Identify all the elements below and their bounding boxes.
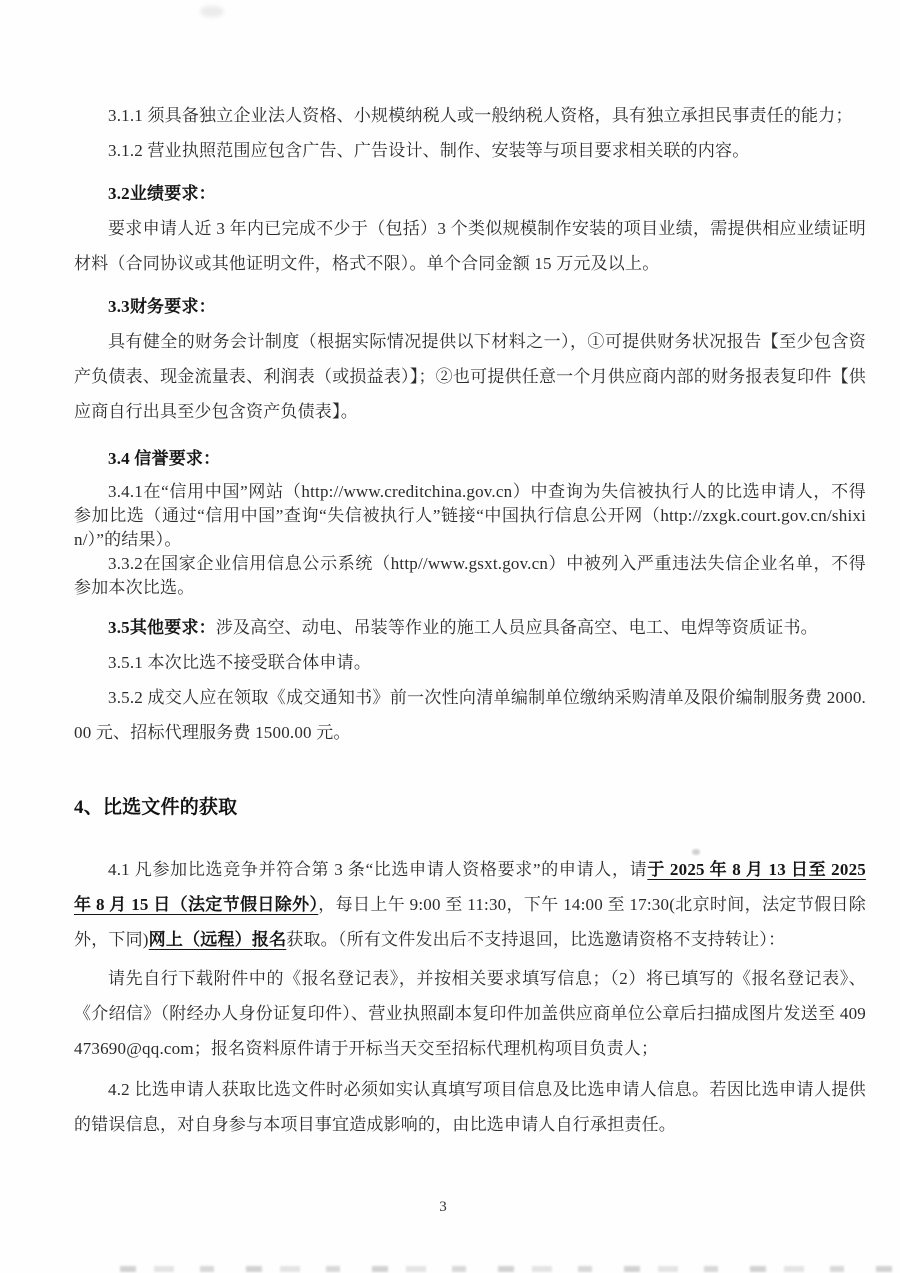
clause-3-4-1-run-0: 3.4.1在“信用中国”网站（http://www.creditchina.go…	[74, 482, 866, 549]
heading-3-4: 3.4 信誉要求：	[74, 441, 866, 476]
clause-3-5-run-1: 涉及高空、动电、吊装等作业的施工人员应具备高空、电工、电焊等资质证书。	[216, 618, 818, 637]
clause-3-3-body: 具有健全的财务会计制度（根据实际情况提供以下材料之一），①可提供财务状况报告【至…	[74, 324, 866, 429]
scanned-document-page: 3.1.1 须具备独立企业法人资格、小规模纳税人或一般纳税人资格，具有独立承担民…	[0, 0, 900, 1273]
clause-3-2-body-run-0: 要求申请人近 3 年内已完成不少于（包括）3 个类似规模制作安装的项目业绩，需提…	[74, 219, 866, 273]
heading-3-3: 3.3财务要求：	[74, 289, 866, 324]
clause-4-2: 4.2 比选申请人获取比选文件时必须如实认真填写项目信息及比选申请人信息。若因比…	[74, 1072, 866, 1142]
clause-4-1-run-0: 4.1 凡参加比选竞争并符合第 3 条“比选申请人资格要求”的申请人，请	[108, 860, 647, 879]
clause-3-5-run-0: 3.5其他要求：	[108, 618, 216, 637]
clause-4-1-run-4: 获取。（所有文件发出后不支持退回，比选邀请资格不支持转让）：	[286, 930, 785, 949]
heading-4: 4、比选文件的获取	[74, 794, 866, 822]
document-body: 3.1.1 须具备独立企业法人资格、小规模纳税人或一般纳税人资格，具有独立承担民…	[74, 98, 866, 1142]
clause-3-1-1: 3.1.1 须具备独立企业法人资格、小规模纳税人或一般纳税人资格，具有独立承担民…	[74, 98, 866, 133]
heading-3-3-run-0: 3.3财务要求：	[108, 297, 216, 316]
page-number: 3	[439, 1199, 447, 1216]
clause-3-5-2-run-0: 3.5.2 成交人应在领取《成交通知书》前一次性向清单编制单位缴纳采购清单及限价…	[74, 688, 866, 742]
clause-3-1-2: 3.1.2 营业执照范围应包含广告、广告设计、制作、安装等与项目要求相关联的内容…	[74, 133, 866, 168]
clause-4-2-run-0: 4.2 比选申请人获取比选文件时必须如实认真填写项目信息及比选申请人信息。若因比…	[74, 1080, 866, 1134]
clause-3-2-body: 要求申请人近 3 年内已完成不少于（包括）3 个类似规模制作安装的项目业绩，需提…	[74, 211, 866, 281]
clause-3-3-2-run-0: 3.3.2在国家企业信用信息公示系统（http//www.gsxt.gov.cn…	[74, 554, 866, 597]
heading-3-2: 3.2业绩要求：	[74, 176, 866, 211]
scan-artifact-strip	[120, 1266, 900, 1272]
scan-smudge-top	[200, 6, 224, 17]
clause-3-5-1-run-0: 3.5.1 本次比选不接受联合体申请。	[108, 653, 371, 672]
clause-3-5: 3.5其他要求：涉及高空、动电、吊装等作业的施工人员应具备高空、电工、电焊等资质…	[74, 610, 866, 645]
heading-3-2-run-0: 3.2业绩要求：	[108, 184, 216, 203]
clause-4-1: 4.1 凡参加比选竞争并符合第 3 条“比选申请人资格要求”的申请人，请于 20…	[74, 852, 866, 957]
clause-3-4-1: 3.4.1在“信用中国”网站（http://www.creditchina.go…	[74, 480, 866, 552]
heading-4-run-0: 4、比选文件的获取	[74, 797, 237, 818]
clause-4-1-steps-run-0: 请先自行下载附件中的《报名登记表》，并按相关要求填写信息；（2）将已填写的《报名…	[74, 969, 866, 1058]
clause-3-3-2: 3.3.2在国家企业信用信息公示系统（http//www.gsxt.gov.cn…	[74, 552, 866, 600]
page-footer: 3	[0, 1198, 900, 1216]
clause-3-5-2: 3.5.2 成交人应在领取《成交通知书》前一次性向清单编制单位缴纳采购清单及限价…	[74, 680, 866, 750]
clause-4-1-steps: 请先自行下载附件中的《报名登记表》，并按相关要求填写信息；（2）将已填写的《报名…	[74, 961, 866, 1066]
clause-3-3-body-run-0: 具有健全的财务会计制度（根据实际情况提供以下材料之一），①可提供财务状况报告【至…	[74, 332, 866, 421]
heading-3-4-run-0: 3.4 信誉要求：	[108, 449, 220, 468]
clause-3-1-2-run-0: 3.1.2 营业执照范围应包含广告、广告设计、制作、安装等与项目要求相关联的内容…	[108, 141, 749, 160]
clause-4-1-run-3: 网上（远程）报名	[149, 930, 287, 949]
clause-3-1-1-run-0: 3.1.1 须具备独立企业法人资格、小规模纳税人或一般纳税人资格，具有独立承担民…	[108, 106, 853, 125]
clause-3-5-1: 3.5.1 本次比选不接受联合体申请。	[74, 645, 866, 680]
